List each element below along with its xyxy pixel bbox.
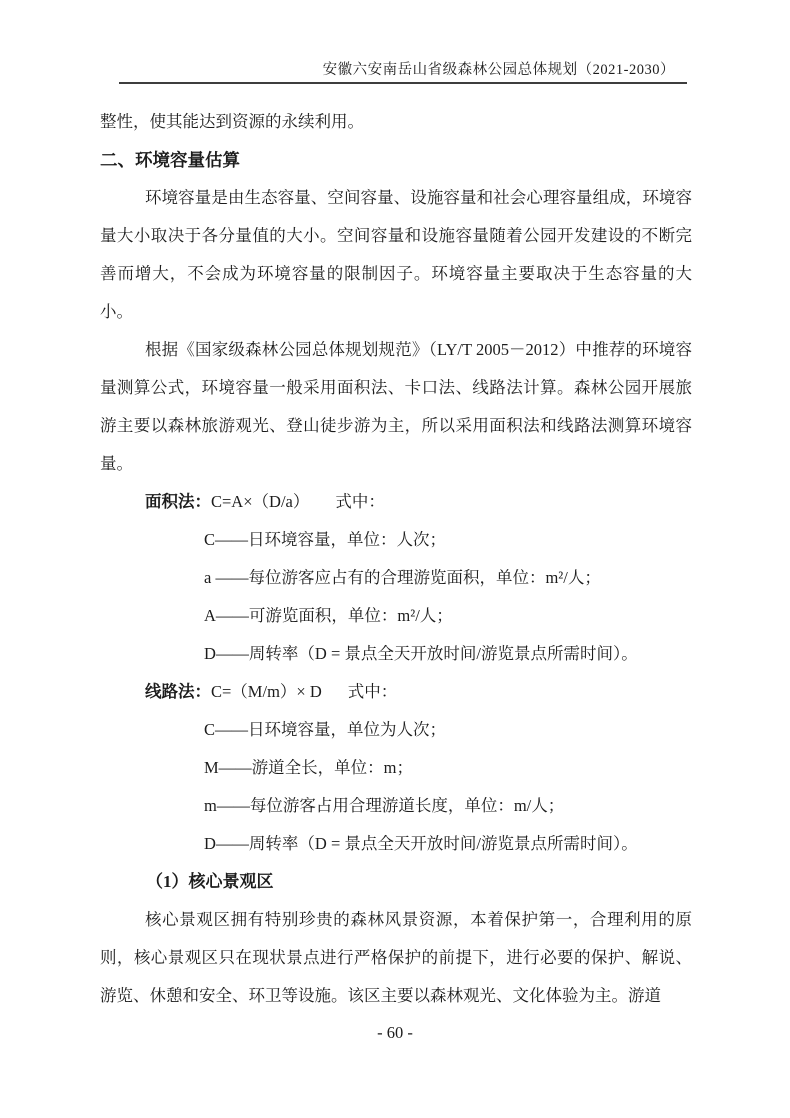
document-body: 整性，使其能达到资源的永续利用。 二、环境容量估算 环境容量是由生态容量、空间容… [100,103,692,1015]
route-method-definition-m-upper: M——游道全长，单位：m； [100,749,692,787]
area-method-formula-line: 面积法：C=A×（D/a）式中： [100,483,692,521]
area-method-block: 面积法：C=A×（D/a）式中： C——日环境容量，单位：人次； a ——每位游… [100,483,692,673]
paragraph-environment-capacity: 环境容量是由生态容量、空间容量、设施容量和社会心理容量组成，环境容量大小取决于各… [100,179,692,331]
area-method-definition-c: C——日环境容量，单位：人次； [100,521,692,559]
page-header: 安徽六安南岳山省级森林公园总体规划（2021-2030） [119,58,687,84]
header-title: 安徽六安南岳山省级森林公园总体规划（2021-2030） [119,58,687,79]
section-heading: 二、环境容量估算 [100,141,692,179]
paragraph-calculation-basis: 根据《国家级森林公园总体规划规范》（LY/T 2005－2012）中推荐的环境容… [100,331,692,483]
area-method-definition-d: D——周转率（D = 景点全天开放时间/游览景点所需时间）。 [100,635,692,673]
area-method-definition-a-upper: A——可游览面积，单位：m²/人； [100,597,692,635]
route-method-definition-m-lower: m——每位游客占用合理游道长度，单位：m/人； [100,787,692,825]
page-footer: - 60 - [0,1016,790,1050]
area-method-label: 面积法： [145,492,211,511]
paragraph-core-scenic-area: 核心景观区拥有特别珍贵的森林风景资源，本着保护第一，合理利用的原则，核心景观区只… [100,901,692,1015]
area-method-definition-a-lower: a ——每位游客应占有的合理游览面积，单位：m²/人； [100,559,692,597]
paragraph-carryover: 整性，使其能达到资源的永续利用。 [100,103,692,141]
route-method-formula-line: 线路法：C=（M/m）× D式中： [100,673,692,711]
area-method-suffix: 式中： [335,492,385,511]
document-page: 安徽六安南岳山省级森林公园总体规划（2021-2030） 整性，使其能达到资源的… [0,0,790,1118]
route-method-definition-c: C——日环境容量，单位为人次； [100,711,692,749]
route-method-formula: C=（M/m）× D [211,682,322,701]
route-method-block: 线路法：C=（M/m）× D式中： C——日环境容量，单位为人次； M——游道全… [100,673,692,863]
route-method-definition-d: D——周转率（D = 景点全天开放时间/游览景点所需时间）。 [100,825,692,863]
route-method-label: 线路法： [145,682,211,701]
area-method-formula: C=A×（D/a） [211,492,309,511]
page-number: - 60 - [377,1023,413,1042]
subsection-heading: （1）核心景观区 [100,863,692,901]
route-method-suffix: 式中： [348,682,398,701]
